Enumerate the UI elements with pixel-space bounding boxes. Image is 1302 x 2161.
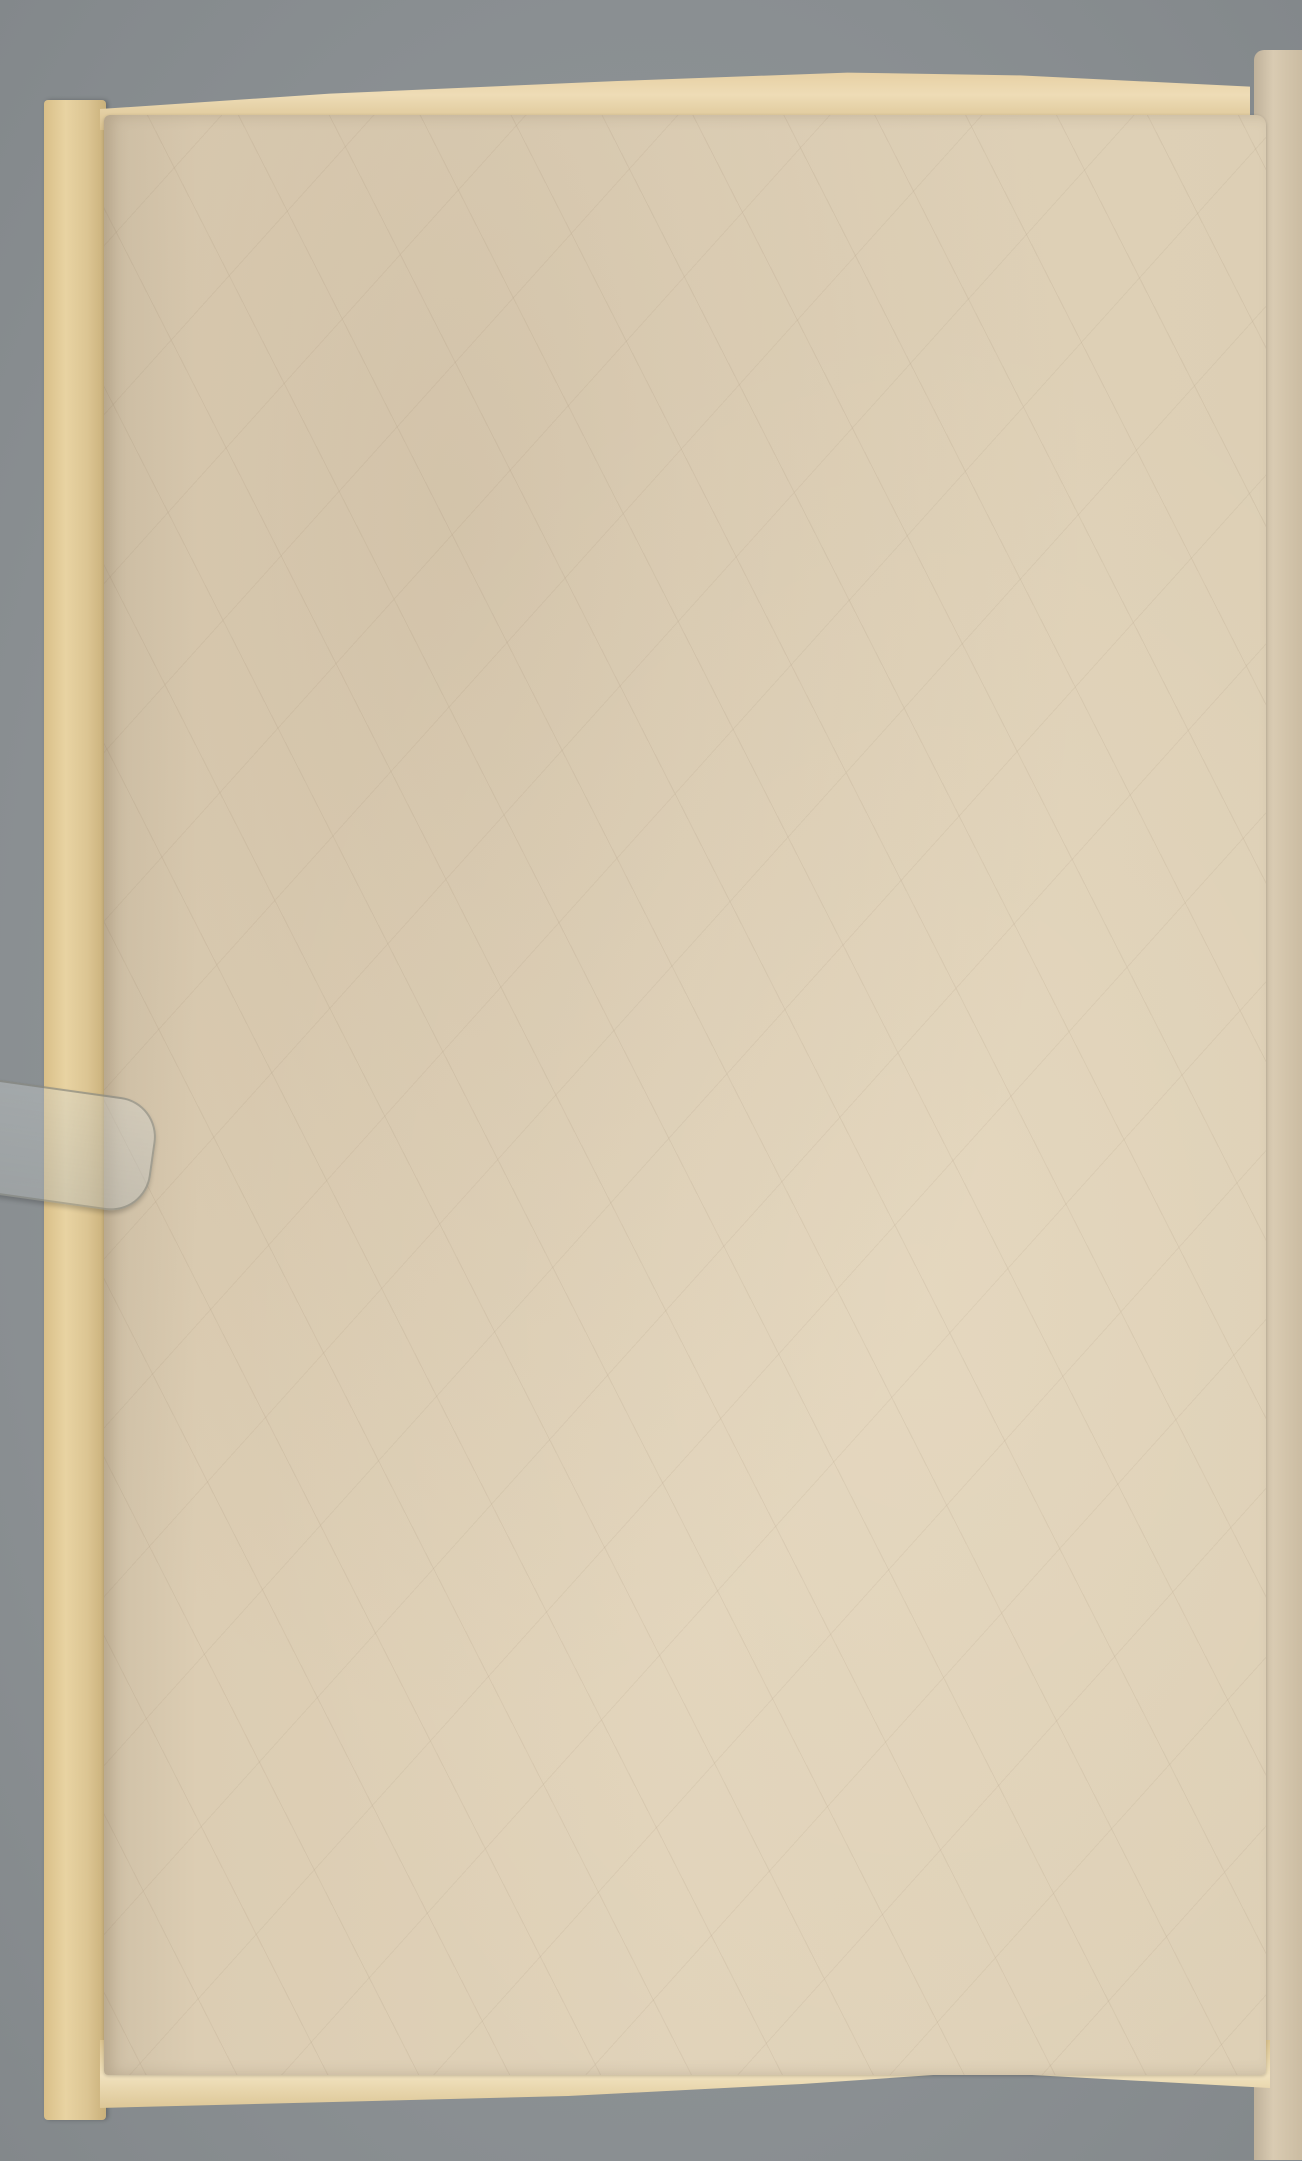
blank-page [104, 115, 1266, 2075]
paper-fiber-texture [104, 115, 1266, 2075]
